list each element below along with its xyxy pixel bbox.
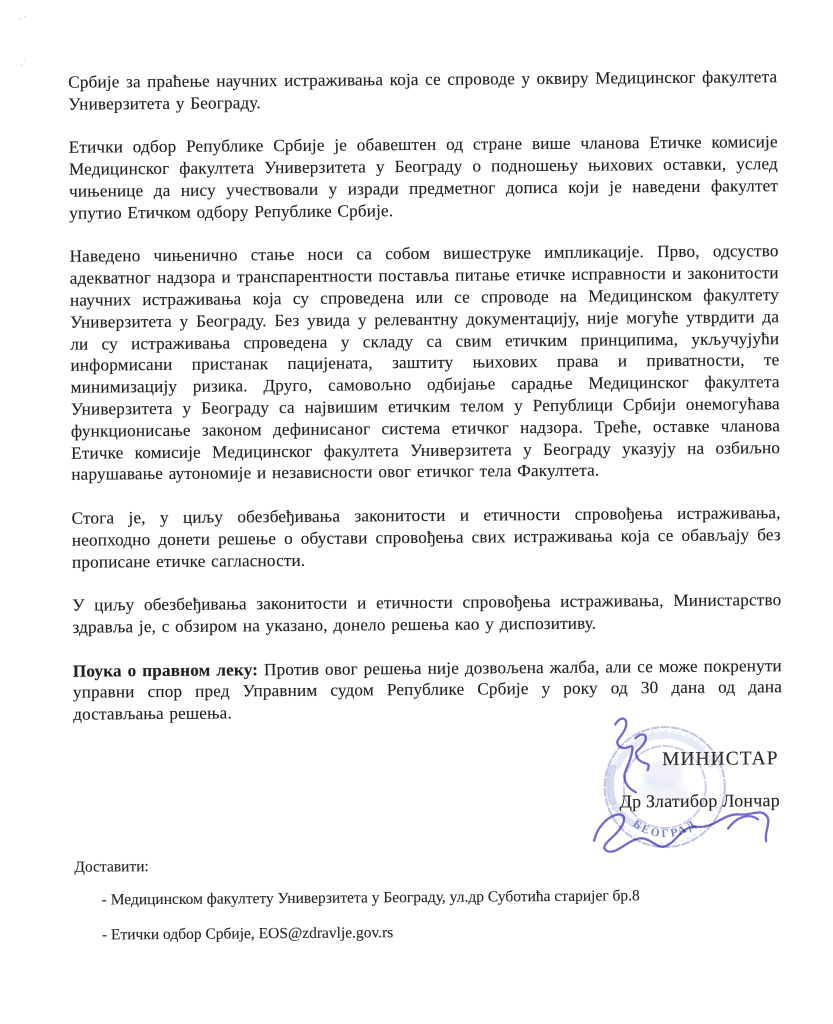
minister-title: МИНИСТАР <box>662 748 779 771</box>
legal-notice-paragraph: Поука о правном леку: Против овог решења… <box>73 655 782 726</box>
svg-text:БЕОГРАД: БЕОГРАД <box>630 817 699 840</box>
stamp-faded-text-left <box>610 768 613 802</box>
document-body: Србије за праћење научних истраживања ко… <box>68 66 782 725</box>
recipient-line: - Етички одбор Србије, EOS@zdravlje.gov.… <box>102 924 394 944</box>
paragraph-notification: Етички одбор Републике Србије је обавешт… <box>69 132 779 225</box>
paragraph-continuation: Србије за праћење научних истраживања ко… <box>68 66 777 115</box>
scanned-letter-page: ·˙ ·˙ Србије за праћење научних истражив… <box>0 0 833 1024</box>
stamp-outer-ring-2 <box>608 730 722 844</box>
scan-artifact: ·˙ <box>19 60 29 72</box>
paragraph-decision: У циљу обезбеђивања законитости и етично… <box>72 589 781 638</box>
legal-notice-label: Поука о правном леку: <box>73 660 258 680</box>
signature-main-stroke <box>594 812 769 852</box>
ministry-stamp: БЕОГРАД <box>579 709 792 869</box>
recipient-line: - Медицинском факултету Универзитета у Б… <box>102 887 640 909</box>
page-content: ·˙ ·˙ Србије за праћење научних истражив… <box>0 0 833 1024</box>
stamp-outer-ring <box>604 727 725 848</box>
signature-flourish <box>728 816 758 828</box>
paragraph-implications: Наведено чињенично стање носи са собом в… <box>69 241 780 486</box>
distribution-heading: Доставити: <box>74 858 149 877</box>
minister-name: Др Златибор Лончар <box>620 790 780 812</box>
signature-monogram <box>635 734 648 770</box>
signature-monogram <box>615 718 636 792</box>
paragraph-conclusion: Стога је, у циљу обезбеђивања законитост… <box>72 502 781 573</box>
minister-signature <box>579 709 792 869</box>
scan-artifact: ·˙ <box>17 14 28 27</box>
stamp-city-text: БЕОГРАД <box>630 817 699 840</box>
